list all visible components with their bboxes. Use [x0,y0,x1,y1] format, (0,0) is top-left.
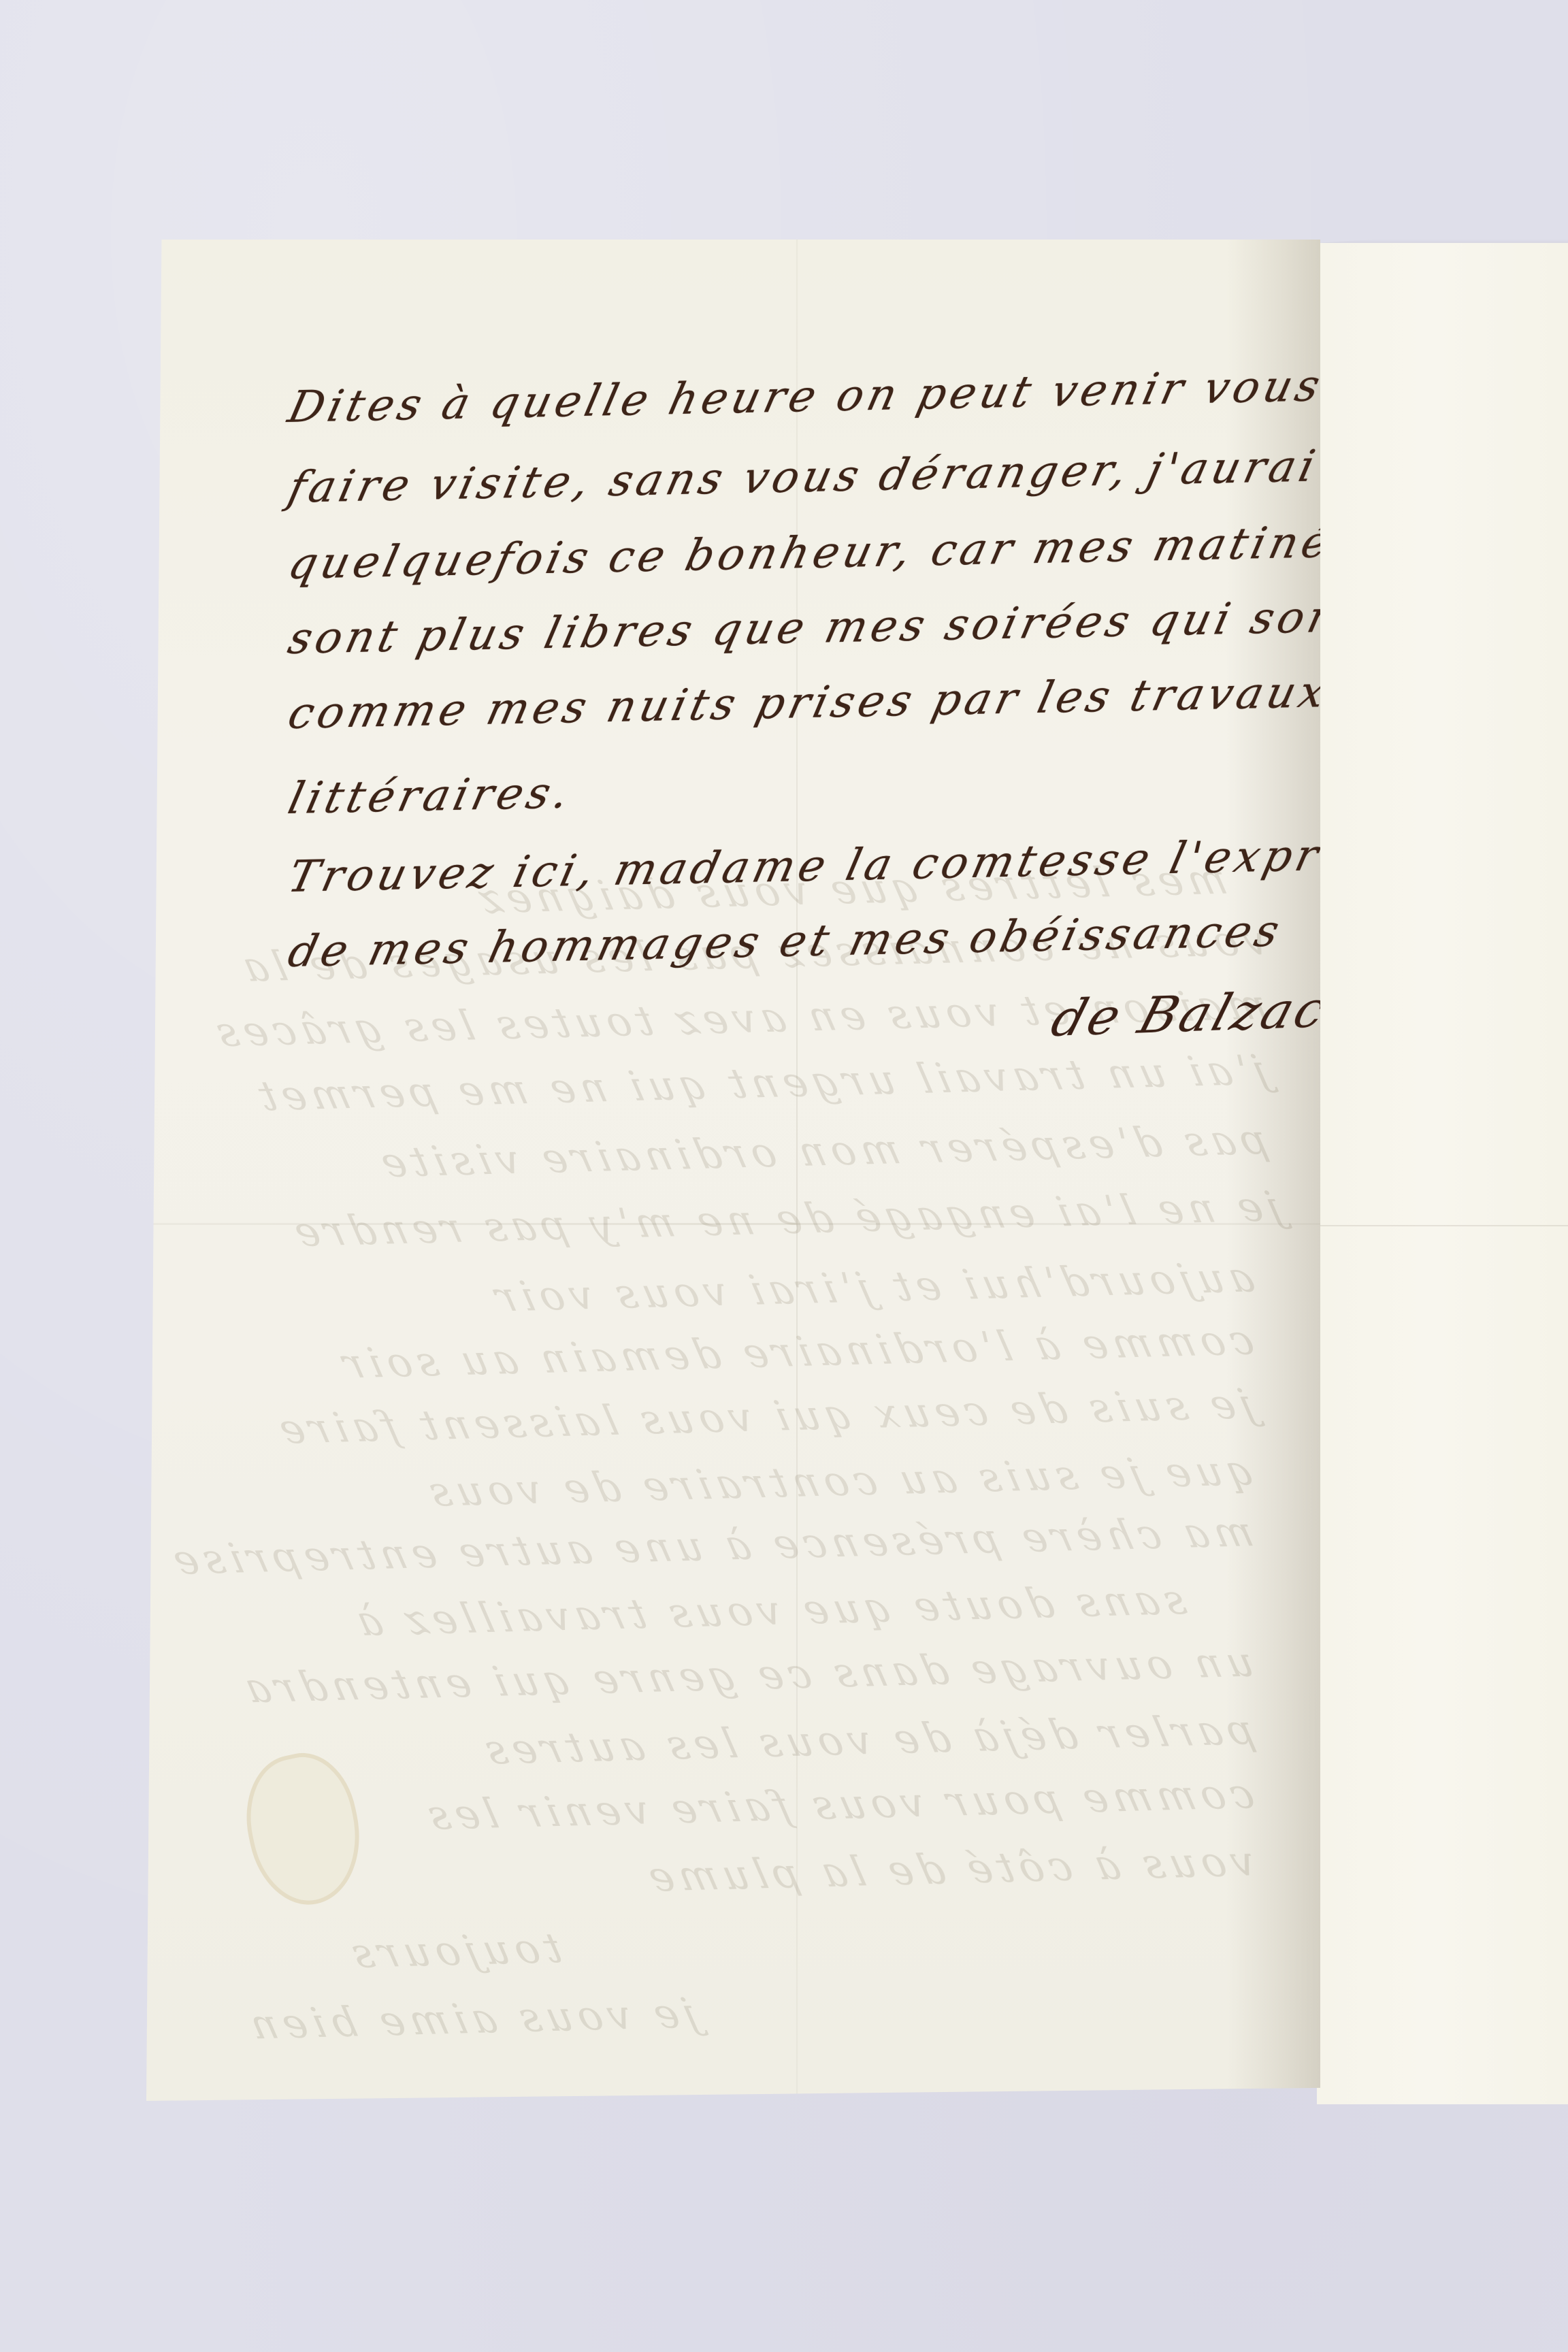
ghost-line: toujours [342,1925,567,1978]
ghost-line: sans doute que vous travaillez à [346,1576,1190,1646]
blank-right-page [1317,243,1568,2104]
signature: de Balzac [1045,980,1335,1048]
water-stain [234,1744,374,1915]
letter-line: littéraires. [284,768,578,824]
ghost-line: je ne l'ai engagé de ne m'y pas rendre [284,1183,1286,1256]
ghost-line: j'ai un travail urgent qui ne me permet [249,1046,1272,1120]
ghost-line: je suis de ceux qui vous laissent faire [269,1380,1258,1454]
letter-line: comme mes nuits prises par les travaux [284,667,1335,739]
ghost-line: parler déjà de vous les autres [475,1706,1259,1774]
letter-line: quelquefois ce bonheur, car mes matinées [284,516,1394,589]
ghost-line: je vous aime bien [240,1989,702,2048]
ghost-line: vous à côté de la plume [638,1837,1260,1901]
letter-line: Dites à quelle heure on peut venir vous [284,361,1328,433]
fold-crease [1317,1225,1568,1226]
ghost-line: aujourd'hui et j'irai vous voir [485,1254,1259,1321]
ghost-line: que je suis au contraire de vous [419,1447,1259,1516]
ghost-line: ma chère présence à une autre entreprise [163,1508,1258,1584]
letter-page: mes lettres que vous daignez vous ne con… [146,240,1320,2101]
letter-line: faire visite, sans vous déranger, j'aura… [284,442,1324,513]
ghost-line: comme pour vous faire venir les [418,1770,1259,1840]
ghost-line: un ouvrage dans ce genre qui entendra [235,1638,1258,1712]
letter-line: sont plus libres que mes soirées qui son… [284,591,1369,664]
ghost-line: pas d'espérer mon ordinaire visite [371,1116,1273,1187]
